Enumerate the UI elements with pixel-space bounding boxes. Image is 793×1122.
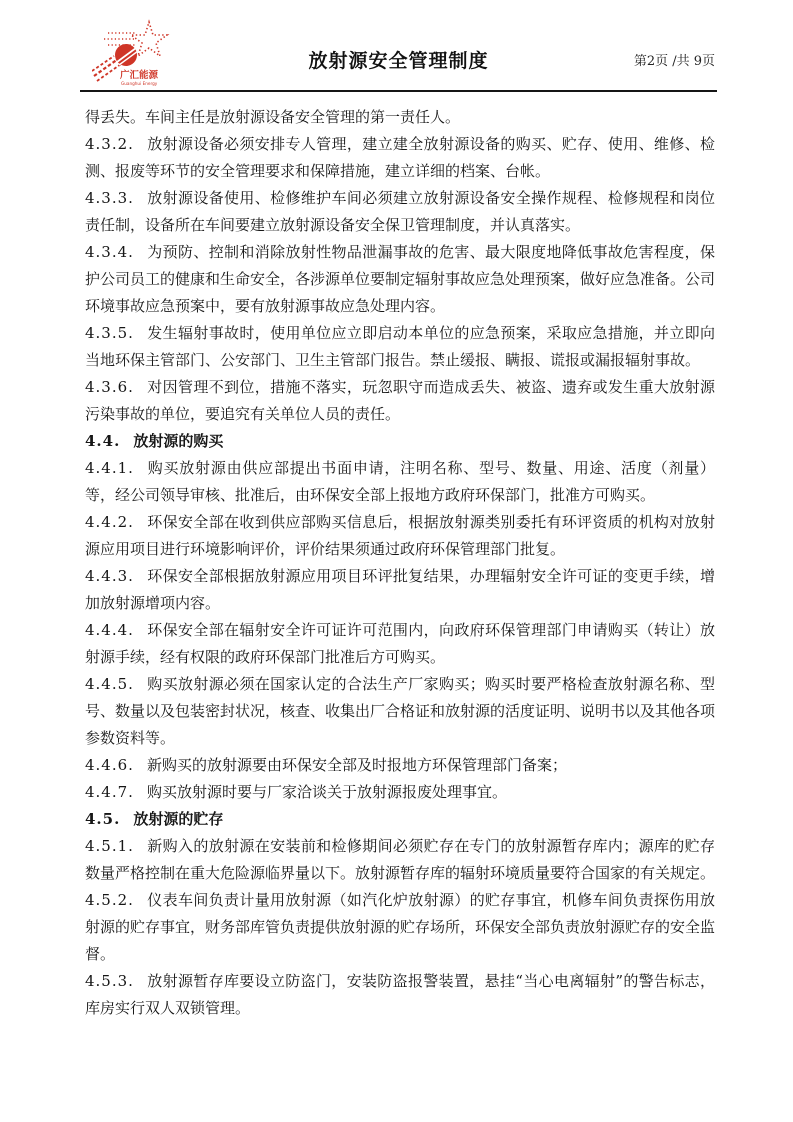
clause-number: 4.4.2. [85, 513, 134, 531]
clause-number: 4.4.5. [85, 675, 134, 693]
section-number: 4.5. [85, 810, 120, 828]
clause-number: 4.5.2. [85, 891, 134, 909]
clause-text: 发生辐射事故时，使用单位应立即启动本单位的应急预案，采取应急措施，并立即向当地环… [85, 324, 715, 369]
section-title: 放射源的购买 [133, 432, 223, 450]
document-page: 广汇能源 Guanghui Energy 放射源安全管理制度 第2页 /共 9页… [0, 0, 793, 1122]
paragraph-4-4-7: 4.4.7.购买放射源时要与厂家洽谈关于放射源报废处理事宜。 [85, 779, 715, 806]
clause-number: 4.3.2. [85, 135, 134, 153]
section-heading-4-5: 4.5.放射源的贮存 [85, 806, 715, 833]
paragraph-continuation: 得丢失。车间主任是放射源设备安全管理的第一责任人。 [85, 104, 715, 131]
paragraph-4-3-5: 4.3.5.发生辐射事故时，使用单位应立即启动本单位的应急预案，采取应急措施，并… [85, 320, 715, 374]
clause-number: 4.3.5. [85, 324, 134, 342]
section-heading-4-4: 4.4.放射源的购买 [85, 428, 715, 455]
paragraph-4-3-2: 4.3.2.放射源设备必须安排专人管理，建立建全放射源设备的购买、贮存、使用、维… [85, 131, 715, 185]
clause-text: 为预防、控制和消除放射性物品泄漏事故的危害、最大限度地降低事故危害程度，保护公司… [85, 243, 715, 315]
clause-number: 4.4.4. [85, 621, 134, 639]
clause-number: 4.5.3. [85, 972, 134, 990]
clause-number: 4.4.7. [85, 783, 134, 801]
clause-text: 环保安全部在收到供应部购买信息后，根据放射源类别委托有环评资质的机构对放射源应用… [85, 513, 715, 558]
paragraph-4-5-3: 4.5.3.放射源暂存库要设立防盗门，安装防盗报警装置，悬挂“当心电离辐射”的警… [85, 968, 715, 1022]
paragraph-4-5-2: 4.5.2.仪表车间负责计量用放射源（如汽化炉放射源）的贮存事宜，机修车间负责探… [85, 887, 715, 968]
document-body: 得丢失。车间主任是放射源设备安全管理的第一责任人。 4.3.2.放射源设备必须安… [85, 104, 715, 1022]
paragraph-4-4-4: 4.4.4.环保安全部在辐射安全许可证许可范围内，向政府环保管理部门申请购买（转… [85, 617, 715, 671]
page-number-indicator: 第2页 /共 9页 [634, 50, 715, 69]
clause-number: 4.4.1. [85, 459, 134, 477]
clause-text: 放射源设备使用、检修维护车间必须建立放射源设备安全操作规程、检修规程和岗位责任制… [85, 189, 715, 234]
paragraph-4-3-4: 4.3.4.为预防、控制和消除放射性物品泄漏事故的危害、最大限度地降低事故危害程… [85, 239, 715, 320]
clause-text: 新购入的放射源在安装前和检修期间必须贮存在专门的放射源暂存库内；源库的贮存数量严… [85, 837, 715, 882]
clause-text: 新购买的放射源要由环保安全部及时报地方环保管理部门备案； [147, 756, 567, 774]
paragraph-4-4-3: 4.4.3.环保安全部根据放射源应用项目环评批复结果，办理辐射安全许可证的变更手… [85, 563, 715, 617]
clause-number: 4.3.3. [85, 189, 134, 207]
clause-text: 购买放射源必须在国家认定的合法生产厂家购买；购买时要严格检查放射源名称、型号、数… [85, 675, 715, 747]
clause-text: 对因管理不到位，措施不落实，玩忽职守而造成丢失、被盗、遗弃或发生重大放射源污染事… [85, 378, 715, 423]
paragraph-4-3-6: 4.3.6.对因管理不到位，措施不落实，玩忽职守而造成丢失、被盗、遗弃或发生重大… [85, 374, 715, 428]
paragraph-4-5-1: 4.5.1.新购入的放射源在安装前和检修期间必须贮存在专门的放射源暂存库内；源库… [85, 833, 715, 887]
clause-number: 4.4.6. [85, 756, 134, 774]
paragraph-4-4-2: 4.4.2.环保安全部在收到供应部购买信息后，根据放射源类别委托有环评资质的机构… [85, 509, 715, 563]
clause-text: 环保安全部根据放射源应用项目环评批复结果，办理辐射安全许可证的变更手续，增加放射… [85, 567, 715, 612]
clause-text: 放射源设备必须安排专人管理，建立建全放射源设备的购买、贮存、使用、维修、检测、报… [85, 135, 715, 180]
paragraph-4-4-1: 4.4.1.购买放射源由供应部提出书面申请，注明名称、型号、数量、用途、活度（剂… [85, 455, 715, 509]
paragraph-4-3-3: 4.3.3.放射源设备使用、检修维护车间必须建立放射源设备安全操作规程、检修规程… [85, 185, 715, 239]
clause-text: 环保安全部在辐射安全许可证许可范围内，向政府环保管理部门申请购买（转让）放射源手… [85, 621, 715, 666]
section-number: 4.4. [85, 432, 120, 450]
page-title: 放射源安全管理制度 [80, 46, 717, 73]
paragraph-4-4-6: 4.4.6.新购买的放射源要由环保安全部及时报地方环保管理部门备案； [85, 752, 715, 779]
clause-number: 4.5.1. [85, 837, 134, 855]
paragraph-4-4-5: 4.4.5.购买放射源必须在国家认定的合法生产厂家购买；购买时要严格检查放射源名… [85, 671, 715, 752]
section-title: 放射源的贮存 [133, 810, 223, 828]
clause-number: 4.4.3. [85, 567, 134, 585]
logo-brand-subtext: Guanghui Energy [121, 81, 158, 86]
page-header: 广汇能源 Guanghui Energy 放射源安全管理制度 第2页 /共 9页 [80, 0, 717, 92]
clause-text: 放射源暂存库要设立防盗门，安装防盗报警装置，悬挂“当心电离辐射”的警告标志，库房… [85, 972, 715, 1017]
clause-number: 4.3.4. [85, 243, 134, 261]
clause-text: 购买放射源时要与厂家洽谈关于放射源报废处理事宜。 [147, 783, 507, 801]
clause-text: 得丢失。车间主任是放射源设备安全管理的第一责任人。 [85, 108, 460, 126]
clause-text: 购买放射源由供应部提出书面申请，注明名称、型号、数量、用途、活度（剂量）等，经公… [85, 459, 715, 504]
clause-number: 4.3.6. [85, 378, 134, 396]
clause-text: 仪表车间负责计量用放射源（如汽化炉放射源）的贮存事宜，机修车间负责探伤用放射源的… [85, 891, 715, 963]
